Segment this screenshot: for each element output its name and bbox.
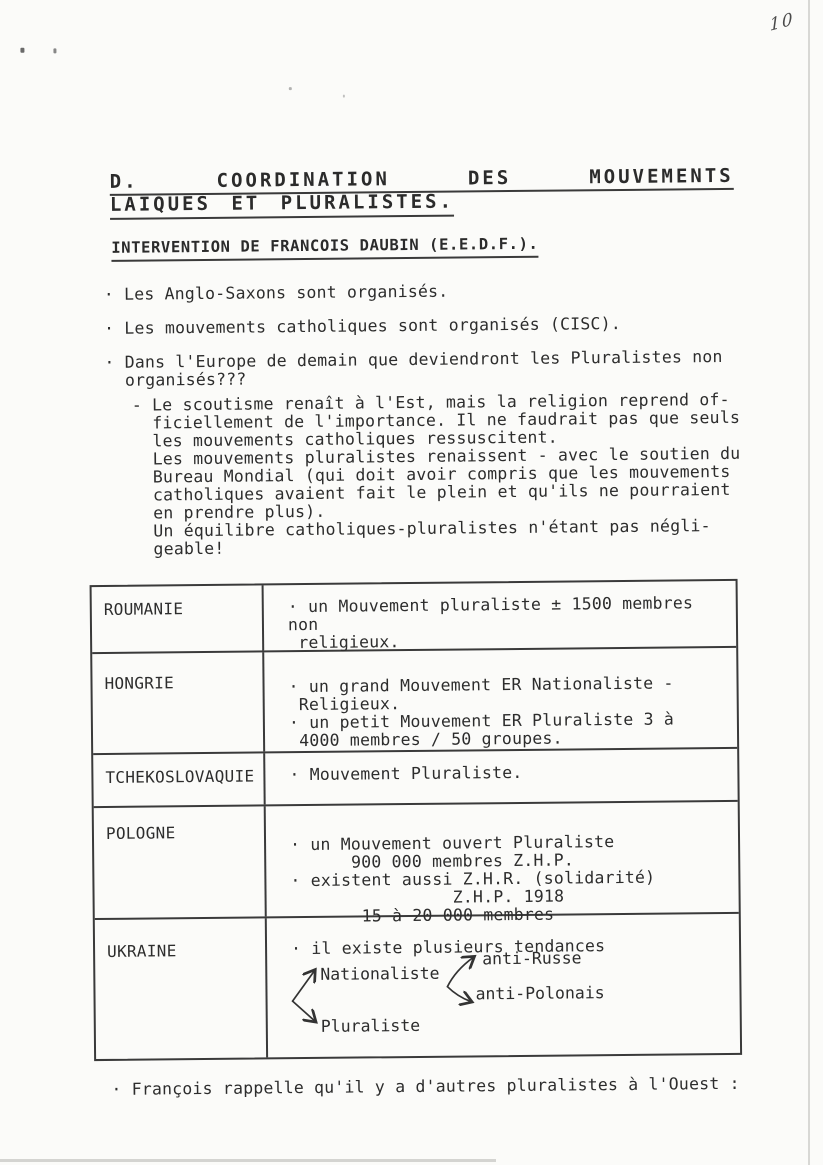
table-row: POLOGNE · un Mouvement ouvert Pluraliste… bbox=[94, 800, 739, 918]
bullet-catholiques: · Les mouvements catholiques sont organi… bbox=[104, 315, 621, 338]
table-row: ROUMANIE · un Mouvement pluraliste ± 150… bbox=[92, 581, 737, 652]
scan-speck bbox=[343, 95, 345, 98]
scan-edge-bottom bbox=[0, 1159, 496, 1162]
table-row: UKRAINE · il existe plusieurs tendances … bbox=[95, 912, 740, 1059]
bullet-anglo-saxons: · Les Anglo-Saxons sont organisés. bbox=[104, 283, 449, 304]
heading-word: D. bbox=[110, 171, 139, 193]
scan-speck bbox=[53, 48, 56, 53]
table-row: TCHEKOSLOVAQUIE · Mouvement Pluraliste. bbox=[93, 747, 737, 806]
heading-word: COORDINATION bbox=[217, 168, 390, 192]
countries-table: ROUMANIE · un Mouvement pluraliste ± 150… bbox=[90, 579, 743, 1061]
scan-speck bbox=[289, 87, 292, 90]
details-text: · Mouvement Pluraliste. bbox=[289, 749, 731, 784]
details-text: · un Mouvement pluraliste ± 1500 membres… bbox=[288, 581, 731, 652]
details-cell: · il existe plusieurs tendances National… bbox=[267, 914, 740, 1058]
country-cell: UKRAINE bbox=[95, 918, 268, 1059]
details-cell: · Mouvement Pluraliste. bbox=[265, 749, 737, 805]
details-text: · un grand Mouvement ER Nationaliste - R… bbox=[288, 648, 731, 750]
table-row: HONGRIE · un grand Mouvement ER National… bbox=[92, 646, 737, 753]
tendances-diagram: Nationaliste Pluraliste anti-Russe anti-… bbox=[267, 914, 740, 1058]
country-cell: HONGRIE bbox=[92, 652, 265, 753]
details-text: · un Mouvement ouvert Pluraliste 900 000… bbox=[290, 802, 733, 926]
footer-bullet: · François rappelle qu'il y a d'autres p… bbox=[111, 1075, 739, 1099]
details-cell: · un grand Mouvement ER Nationaliste - R… bbox=[264, 648, 737, 752]
diagram-arrows bbox=[267, 914, 742, 1060]
scan-speck bbox=[20, 48, 24, 53]
details-cell: · un Mouvement pluraliste ± 1500 membres… bbox=[264, 581, 737, 651]
country-cell: ROUMANIE bbox=[92, 585, 265, 652]
handwritten-page-number: 10 bbox=[769, 9, 795, 36]
note-scoutisme: - Le scoutisme renaît à l'Est, mais la r… bbox=[132, 391, 742, 559]
scan-edge-right bbox=[808, 0, 810, 1165]
scanned-page: 10 D. COORDINATION DES MOUVEMENTS LAIQUE… bbox=[0, 0, 823, 1165]
heading-word: DES bbox=[468, 167, 512, 189]
country-cell: TCHEKOSLOVAQUIE bbox=[93, 753, 265, 806]
country-cell: POLOGNE bbox=[94, 806, 267, 918]
heading-word: MOUVEMENTS bbox=[589, 165, 734, 188]
section-heading-line2: LAIQUES ET PLURALISTES. bbox=[110, 191, 454, 220]
intervention-heading: INTERVENTION DE FRANCOIS DAUBIN (E.E.D.F… bbox=[111, 235, 538, 262]
details-cell: · un Mouvement ouvert Pluraliste 900 000… bbox=[266, 802, 739, 917]
bullet-europe-demain: · Dans l'Europe de demain que deviendron… bbox=[104, 348, 722, 390]
